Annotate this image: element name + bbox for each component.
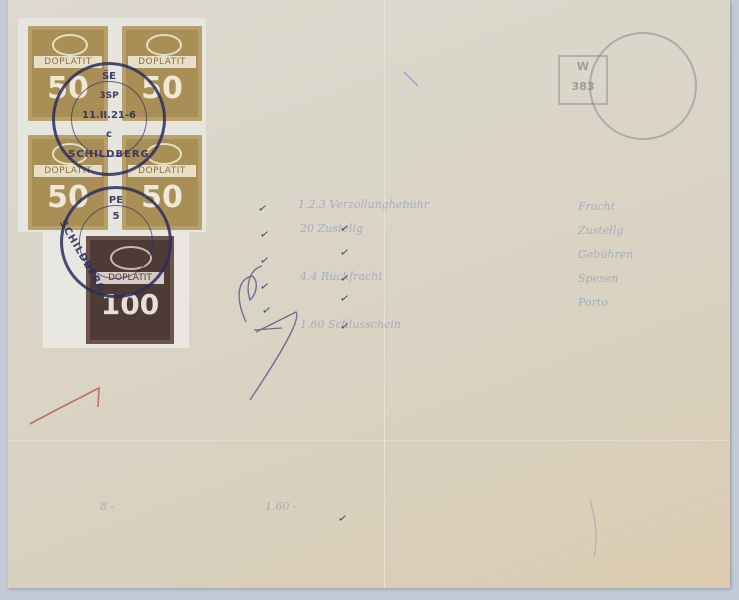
faint-pencil-mark bbox=[590, 500, 596, 556]
pencil-signature bbox=[250, 312, 297, 400]
red-crayon-mark bbox=[30, 388, 99, 424]
pencil-marks bbox=[0, 0, 739, 600]
pencil-signature bbox=[254, 328, 282, 330]
pencil-signature bbox=[239, 266, 262, 322]
blue-pencil-mark bbox=[404, 72, 418, 86]
